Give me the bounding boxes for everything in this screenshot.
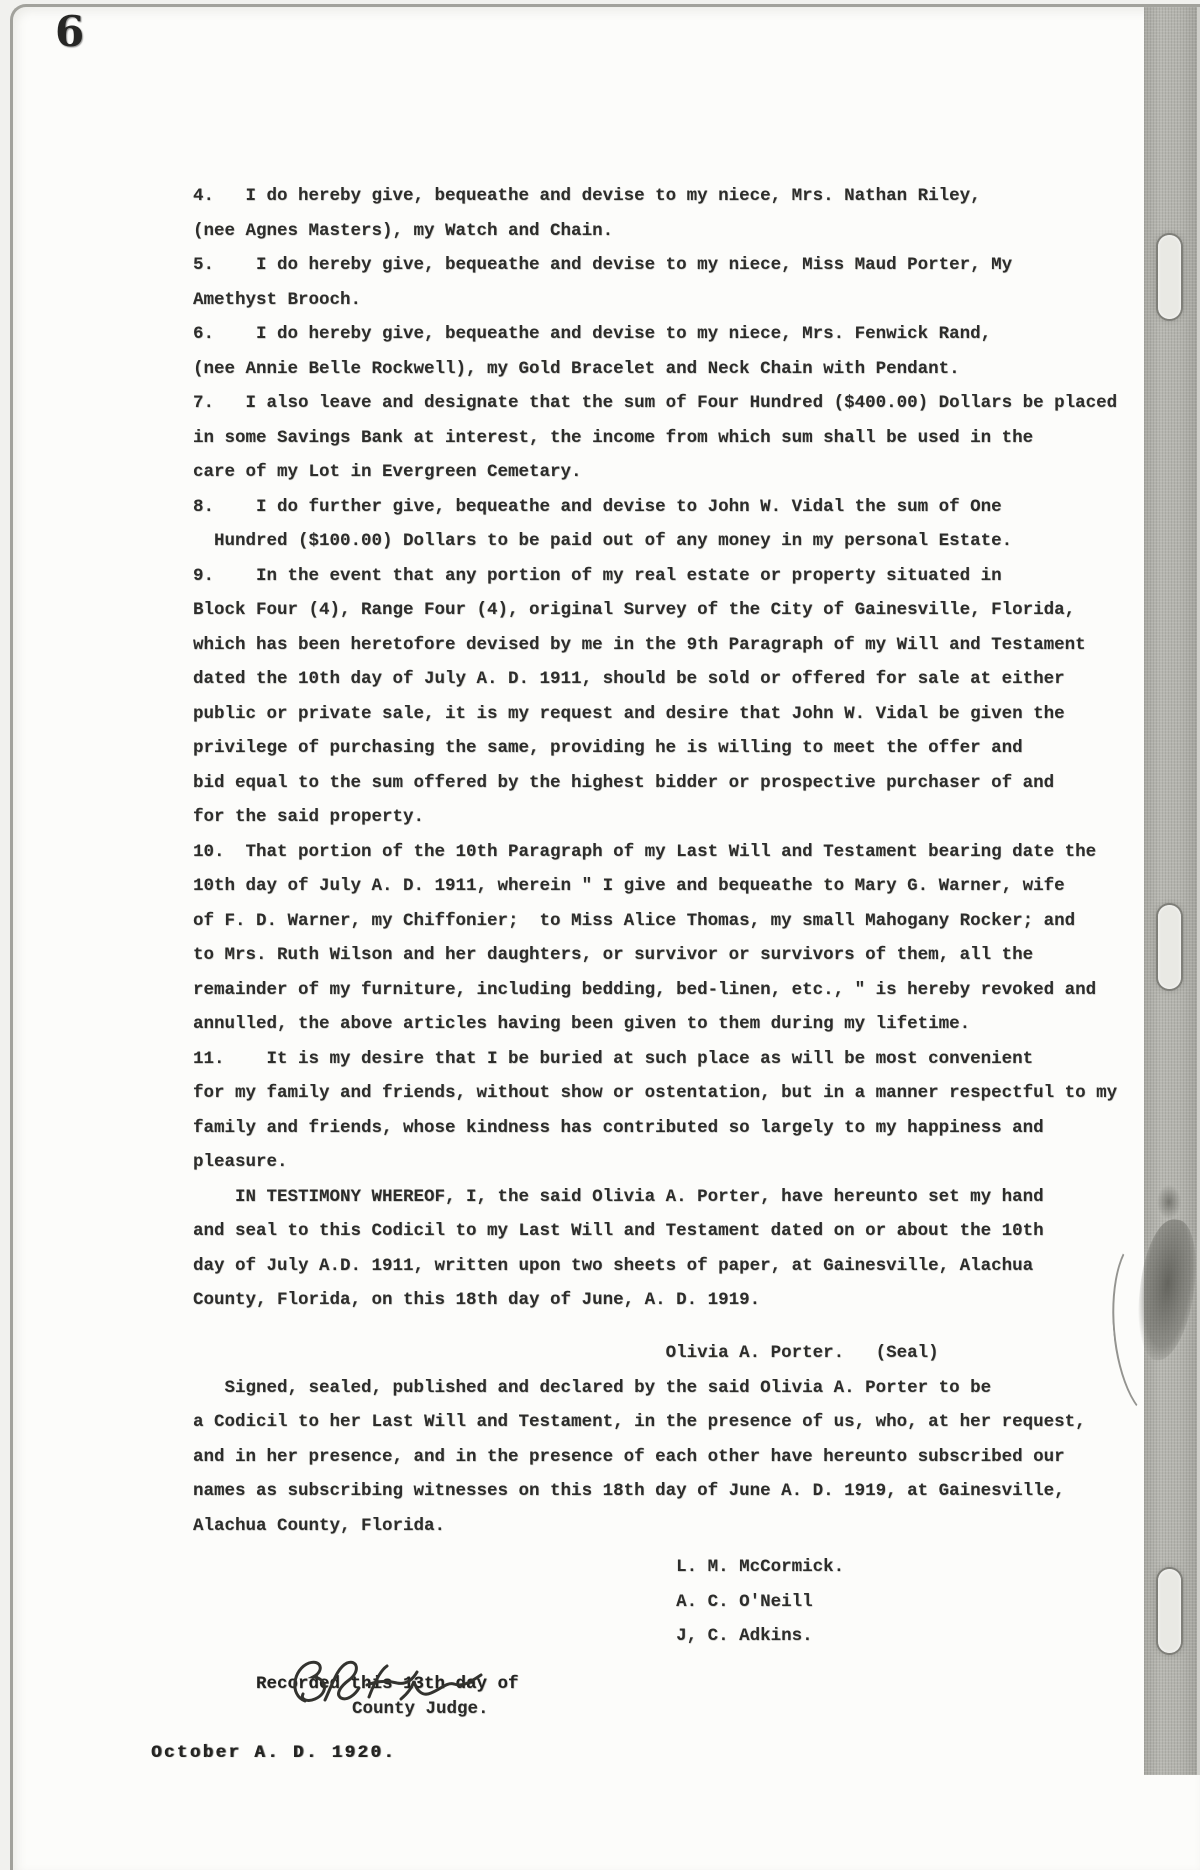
text-line: 9. In the event that any portion of my r… [193,559,1117,594]
recorded-date-line-2: October A. D. 1920. [151,1742,519,1765]
text-line: 10th day of July A. D. 1911, wherein " I… [193,869,1117,904]
binding-slot [1158,905,1181,989]
text-line: a Codicil to her Last Will and Testament… [193,1405,1086,1440]
text-line: Olivia A. Porter. (Seal) [193,1336,1086,1371]
codicil-body-text: 4. I do hereby give, bequeathe and devis… [193,179,1117,1318]
text-line: Block Four (4), Range Four (4), original… [193,593,1117,628]
text-line: which has been heretofore devised by me … [193,628,1117,663]
text-line: pleasure. [193,1145,1117,1180]
text-line: dated the 10th day of July A. D. 1911, s… [193,662,1117,697]
county-judge-title: County Judge. [331,1698,489,1720]
text-line: annulled, the above articles having been… [193,1007,1117,1042]
text-line: (nee Annie Belle Rockwell), my Gold Brac… [193,352,1117,387]
text-line: of F. D. Warner, my Chiffonier; to Miss … [193,904,1117,939]
text-line: family and friends, whose kindness has c… [193,1111,1117,1146]
text-line: Amethyst Brooch. [193,283,1117,318]
text-line: names as subscribing witnesses on this 1… [193,1474,1086,1509]
page-number: 6 [55,11,84,53]
text-line: and in her presence, and in the presence… [193,1440,1086,1475]
binding-slot [1158,1569,1181,1653]
text-line: 5. I do hereby give, bequeathe and devis… [193,248,1117,283]
text-line: Signed, sealed, published and declared b… [193,1371,1086,1406]
text-line: care of my Lot in Evergreen Cemetary. [193,455,1117,490]
attestation-text: Olivia A. Porter. (Seal) Signed, sealed,… [193,1336,1086,1543]
text-line: Hundred ($100.00) Dollars to be paid out… [193,524,1117,559]
text-line: (nee Agnes Masters), my Watch and Chain. [193,214,1117,249]
text-line: County, Florida, on this 18th day of Jun… [193,1283,1117,1318]
text-line: 10. That portion of the 10th Paragraph o… [193,835,1117,870]
ink-stain [1157,1185,1181,1219]
text-line: to Mrs. Ruth Wilson and her daughters, o… [193,938,1117,973]
paper-sheet: 6 4. I do hereby give, bequeathe and dev… [10,4,1200,1870]
text-line: bid equal to the sum offered by the high… [193,766,1117,801]
text-line: public or private sale, it is my request… [193,697,1117,732]
text-line: 4. I do hereby give, bequeathe and devis… [193,179,1117,214]
text-line: 8. I do further give, bequeathe and devi… [193,490,1117,525]
text-line: A. C. O'Neill [193,1585,844,1620]
text-line: for the said property. [193,800,1117,835]
text-line: privilege of purchasing the same, provid… [193,731,1117,766]
text-line: in some Savings Bank at interest, the in… [193,421,1117,456]
binding-slot [1158,235,1181,319]
text-line: 11. It is my desire that I be buried at … [193,1042,1117,1077]
text-line: remainder of my furniture, including bed… [193,973,1117,1008]
text-line: day of July A.D. 1911, written upon two … [193,1249,1117,1284]
text-line: Alachua County, Florida. [193,1509,1086,1544]
text-line: 6. I do hereby give, bequeathe and devis… [193,317,1117,352]
text-line: 7. I also leave and designate that the s… [193,386,1117,421]
text-line: L. M. McCormick. [193,1550,844,1585]
text-line: for my family and friends, without show … [193,1076,1117,1111]
text-line: and seal to this Codicil to my Last Will… [193,1214,1117,1249]
text-line: IN TESTIMONY WHEREOF, I, the said Olivia… [193,1180,1117,1215]
